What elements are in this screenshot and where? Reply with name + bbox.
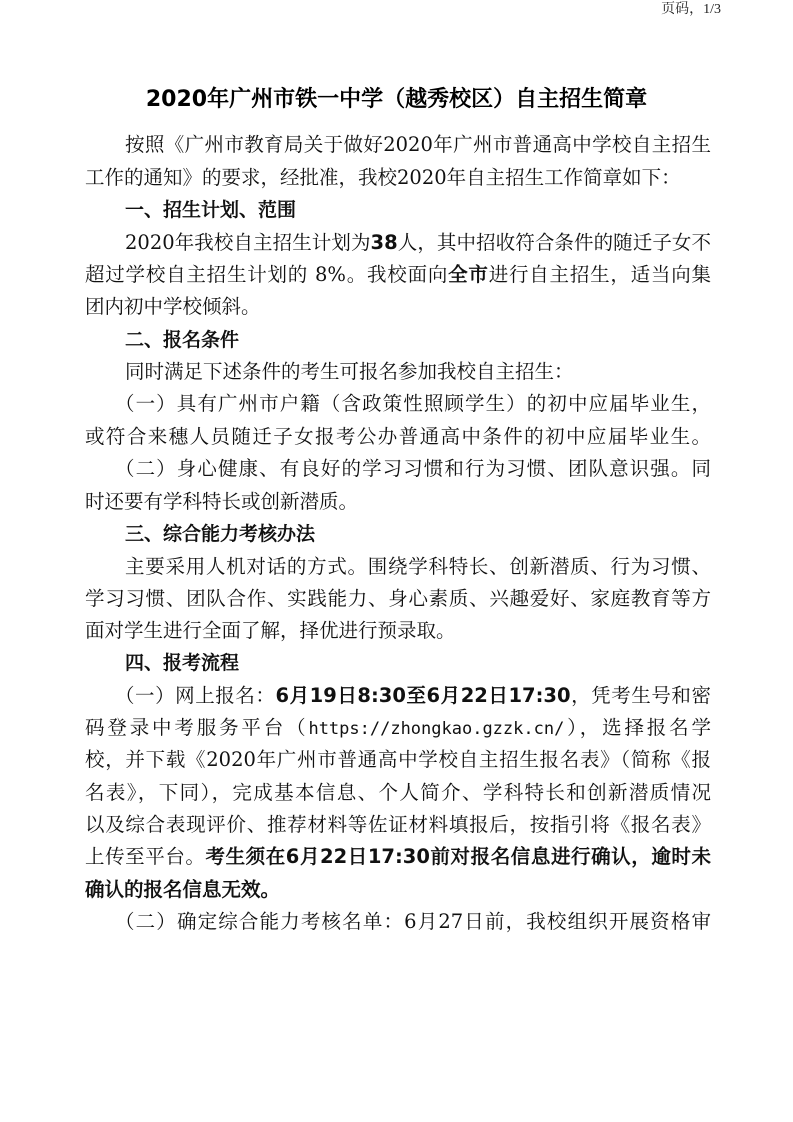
section-3-heading: 三、综合能力考核办法 <box>125 518 711 550</box>
text: 2020年我校自主招生计划为 <box>125 231 371 254</box>
section-4-item-1-line-4: 名表》，下同），完成基本信息、个人简介、学科特长和创新潜质情况 <box>85 777 711 809</box>
text: 人，其中招收符合条件的随迁子女不 <box>398 231 711 254</box>
section-3-line-3: 面对学生进行全面了解，择优进行预录取。 <box>85 615 711 647</box>
section-2-item-1-line-2: 或符合来穗人员随迁子女报考公办普通高中条件的初中应届毕业生。 <box>85 421 711 453</box>
section-4-item-2-line-1: （二）确定综合能力考核名单：6月27日前，我校组织开展资格审 <box>115 906 711 938</box>
section-3-line-2: 学习习惯、团队合作、实践能力、身心素质、兴趣爱好、家庭教育等方 <box>85 583 711 615</box>
section-1-line-2: 超过学校自主招生计划的 8%。我校面向全市进行自主招生，适当向集 <box>85 259 711 291</box>
text: ，凭考生号和密 <box>571 684 711 707</box>
registration-period: 6月19日8:30至6月22日17:30 <box>275 684 570 707</box>
section-1-line-3: 团内初中学校倾斜。 <box>85 291 711 323</box>
section-4-item-1-line-7: 确认的报名信息无效。 <box>85 874 711 906</box>
section-1-heading: 一、招生计划、范围 <box>125 194 711 226</box>
section-4-heading: 四、报考流程 <box>125 647 711 679</box>
section-2-heading: 二、报名条件 <box>125 324 711 356</box>
text: （一）网上报名： <box>115 684 275 707</box>
section-4-item-1-line-6: 上传至平台。考生须在6月22日17:30前对报名信息进行确认，逾时未 <box>85 841 711 873</box>
section-1-line-1: 2020年我校自主招生计划为38人，其中招收符合条件的随迁子女不 <box>125 227 711 259</box>
section-3-line-1: 主要采用人机对话的方式。围绕学科特长、创新潜质、行为习惯、 <box>125 551 711 583</box>
section-4-item-1-line-1: （一）网上报名：6月19日8:30至6月22日17:30，凭考生号和密 <box>115 680 711 712</box>
section-4-item-1-line-2: 码登录中考服务平台（https://zhongkao.gzzk.cn/），选择报… <box>85 712 711 744</box>
platform-url-link[interactable]: https://zhongkao.gzzk.cn/ <box>308 719 564 739</box>
section-2-item-1-line-1: （一）具有广州市户籍（含政策性照顾学生）的初中应届毕业生， <box>115 388 711 420</box>
text: ），选择报名学 <box>564 716 711 739</box>
confirmation-deadline: 考生须在6月22日17:30前对报名信息进行确认，逾时未 <box>205 845 711 868</box>
text: 进行自主招生，适当向集 <box>489 263 711 286</box>
text: 码登录中考服务平台（ <box>85 716 308 739</box>
section-2-item-2-line-2: 时还要有学科特长或创新潜质。 <box>85 486 711 518</box>
section-2-intro: 同时满足下述条件的考生可报名参加我校自主招生： <box>125 356 711 388</box>
text: 上传至平台。 <box>85 845 205 868</box>
text: 超过学校自主招生计划的 8%。我校面向 <box>85 263 448 286</box>
section-4-item-1-line-3: 校，并下载《2020年广州市普通高中学校自主招生报名表》（简称《报 <box>85 744 711 776</box>
document-title: 2020年广州市铁一中学（越秀校区）自主招生简章 <box>0 84 793 116</box>
intro-line-2: 工作的通知》的要求，经批准，我校2020年自主招生工作简章如下： <box>85 162 711 194</box>
confirmation-warning: 确认的报名信息无效。 <box>85 878 280 901</box>
section-4-item-1-line-5: 以及综合表现评价、推荐材料等佐证材料填报后，按指引将《报名表》 <box>85 809 711 841</box>
scope-emphasis: 全市 <box>448 263 489 286</box>
section-2-item-2-line-1: （二）身心健康、有良好的学习习惯和行为习惯、团队意识强。同 <box>115 453 711 485</box>
quota-number: 38 <box>371 231 398 254</box>
intro-line-1: 按照《广州市教育局关于做好2020年广州市普通高中学校自主招生 <box>125 129 711 161</box>
page-number: 页码，1/3 <box>661 0 721 20</box>
